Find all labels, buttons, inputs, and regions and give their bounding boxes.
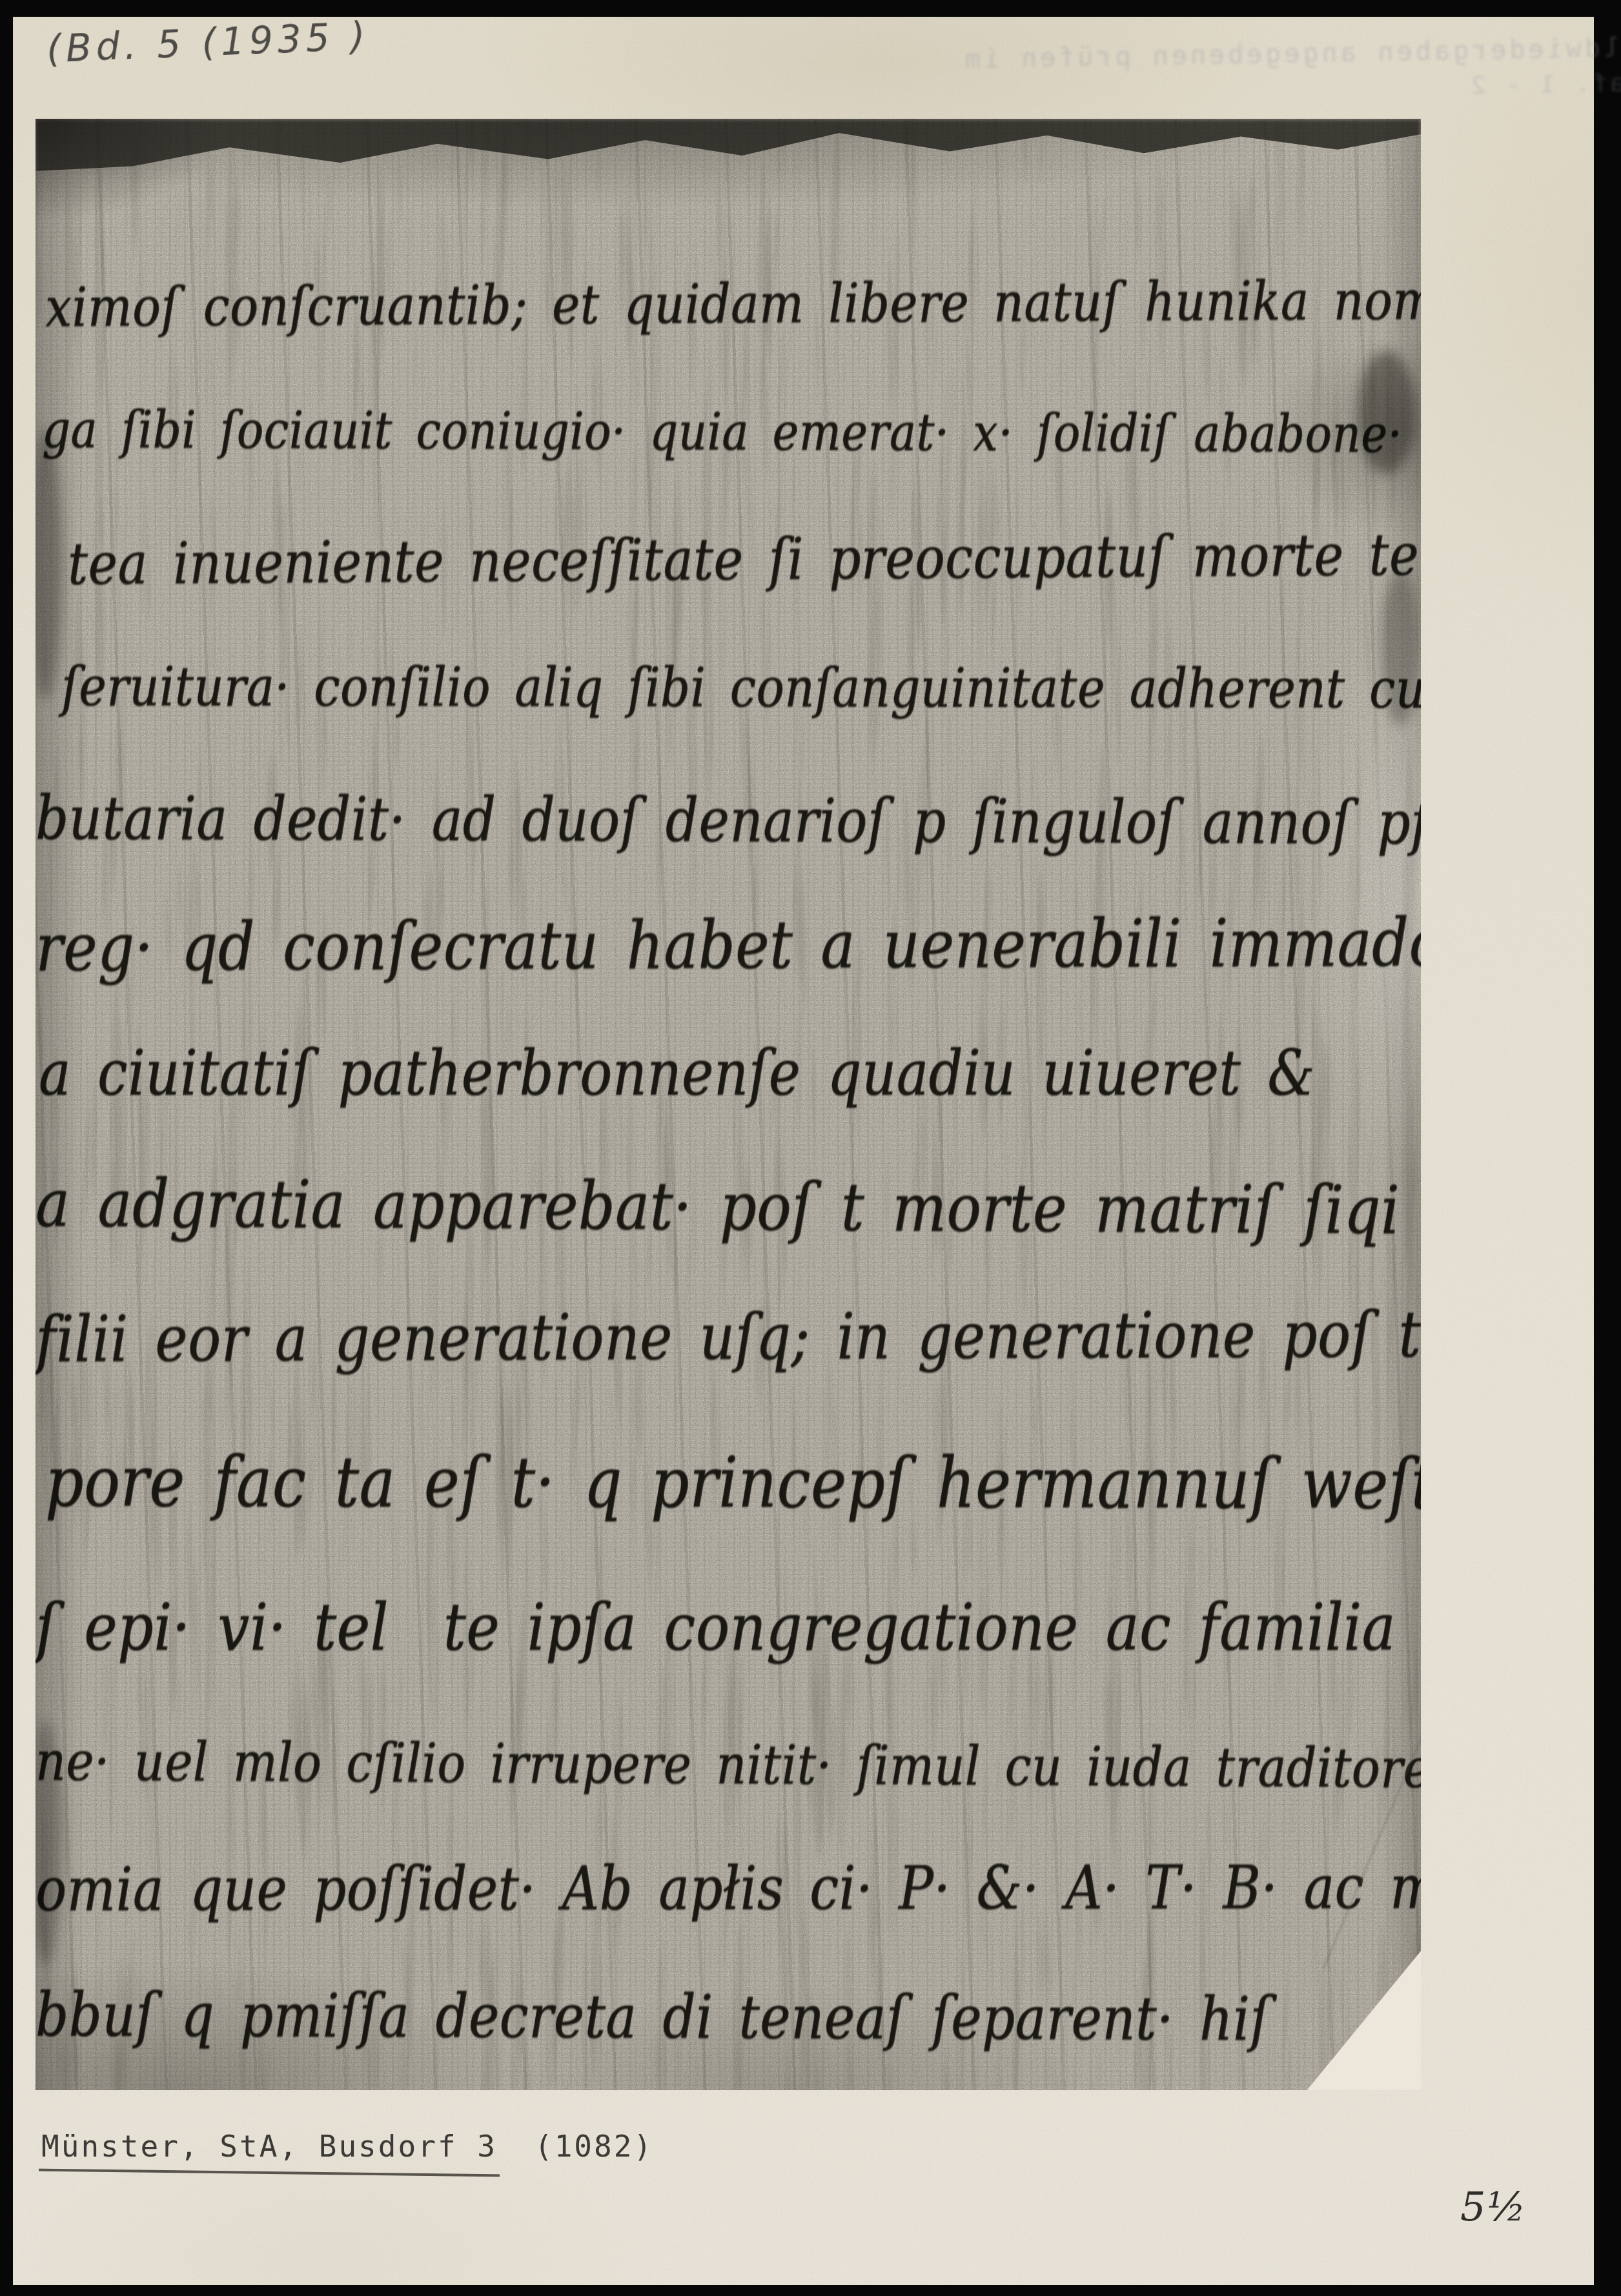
manuscript-line: a ciuitatiſ patherbronnenſe quadiu uiuer… <box>39 1037 1315 1110</box>
manuscript-line: tea inueniente neceſſitate ſi preoccupat… <box>68 520 1421 598</box>
manuscript-photograph: ximoſ conſcruantib; et quidam libere nat… <box>36 119 1421 2090</box>
book-page-paper: (Bd. 5 (1935 ) bildwiedergaben angegeben… <box>13 17 1594 2285</box>
manuscript-line: ximoſ conſcruantib; et quidam libere nat… <box>45 268 1421 340</box>
pencil-annotation: (Bd. 5 (1935 ) <box>46 14 371 72</box>
manuscript-line: pore fac ta eſ t· q princepſ hermannuſ w… <box>45 1441 1421 1525</box>
caption-underline <box>39 2169 500 2177</box>
cut-corner <box>1306 1949 1421 2090</box>
torn-parchment-top-edge <box>36 119 1421 178</box>
plate-caption: Münster, StA, Busdorf 3(1082) <box>41 2129 653 2164</box>
manuscript-line: a adgratia apparebat· poſ t morte matriſ… <box>36 1164 1400 1250</box>
bleed-through-text-line1: bildwiedergaben angegebenen prüfen im <box>962 33 1621 75</box>
caption-source: Münster, StA, Busdorf 3 <box>41 2129 497 2164</box>
manuscript-line: ſ epi· vi· tel te ipſa congregatione ac … <box>36 1590 1396 1666</box>
manuscript-line: ne· uel mlo cſilio irrupere nitit· ſimul… <box>36 1729 1421 1800</box>
manuscript-line: filii eor a generatione uſq; in generati… <box>36 1297 1421 1377</box>
plate-number: 5½ <box>1460 2183 1527 2230</box>
manuscript-line: butaria dedit· ad duoſ denarioſ p ſingul… <box>36 784 1421 858</box>
manuscript-line: ſeruitura· conſilio aliq ſibi conſanguin… <box>61 655 1421 721</box>
bleed-through-text-line2: Taf. 1 - 2 <box>1469 68 1621 100</box>
manuscript-line: reg· qd conſecratu habet a uenerabili im… <box>36 903 1421 986</box>
manuscript-line: bbuſ q pmiſſa decreta di teneaſ ſeparent… <box>36 1980 1270 2055</box>
manuscript-line: omia que poſſidet· Ab apłis ci· P· &· A·… <box>36 1853 1421 1925</box>
scanned-plate-page: { "page": { "frame_color": "#070707", "p… <box>0 0 1621 2296</box>
caption-year: (1082) <box>535 2129 653 2164</box>
manuscript-line: ga ſibi ſociauit coniugio· quia emerat· … <box>42 400 1421 465</box>
ink-smudge <box>36 429 63 700</box>
